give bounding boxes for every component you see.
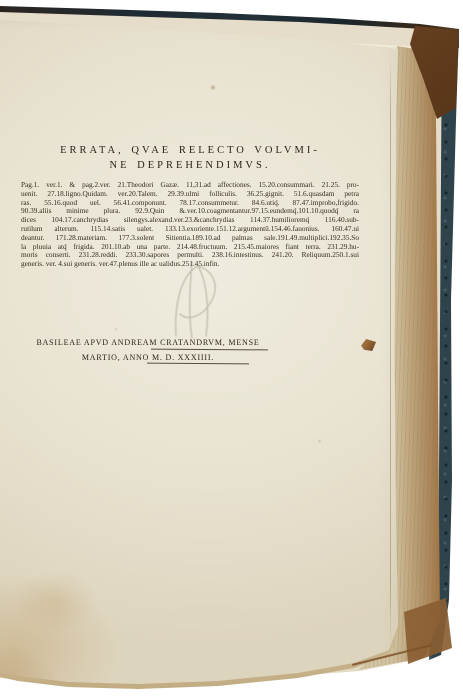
imprint-line1: BASILEAE APVD ANDREAM CRATANDRVM, MENSE <box>26 335 270 350</box>
crease-line <box>390 58 391 646</box>
errata-title: ERRATA, QVAE RELECTO VOLVMI- NE DEPREHEN… <box>20 143 360 173</box>
photo-of-book: ERRATA, QVAE RELECTO VOLVMI- NE DEPREHEN… <box>0 0 463 700</box>
errata-line: generis. ver. 4.sui generis. ver.47.plen… <box>21 260 359 269</box>
errata-body: Pag.1. ver.1. & pag.2.ver. 21.Theodori G… <box>21 181 359 269</box>
errata-title-line2: NE DEPREHENDIMVS. <box>20 158 360 173</box>
errata-title-line1: ERRATA, QVAE RELECTO VOLVMI- <box>20 143 360 158</box>
